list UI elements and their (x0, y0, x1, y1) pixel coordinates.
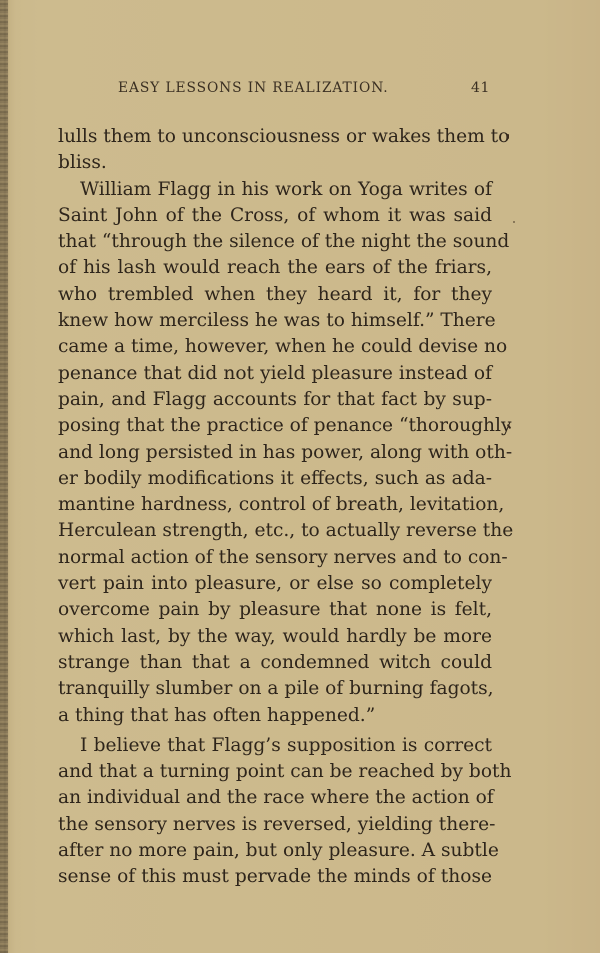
paragraph: William Flagg in his work on Yoga writes… (58, 177, 492, 729)
text-line: overcome pain by pleasure that none is f… (58, 597, 492, 623)
running-title: EASY LESSONS IN REALIZATION. (118, 80, 389, 96)
paragraph: I believe that Flagg’s supposition is co… (58, 733, 492, 891)
text-line: came a time, however, when he could devi… (58, 334, 492, 360)
text-line: tranquilly slumber on a pile of burning … (58, 676, 492, 702)
text-line: normal action of the sensory nerves and … (58, 545, 492, 571)
body-text: lulls them to unconsciousness or wakes t… (58, 124, 492, 891)
text-line: Herculean strength, etc., to actually re… (58, 518, 492, 544)
book-page: EASY LESSONS IN REALIZATION. 41 lulls th… (0, 0, 600, 953)
text-line: Saint John of the Cross, of whom it was … (58, 203, 492, 229)
text-line: which last, by the way, would hardly be … (58, 624, 492, 650)
text-line: sense of this must pervade the minds of … (58, 864, 492, 890)
text-line: mantine hardness, control of breath, lev… (58, 492, 492, 518)
text-line: that “through the silence of the night t… (58, 229, 492, 255)
paragraph: lulls them to unconsciousness or wakes t… (58, 124, 492, 177)
text-line: posing that the practice of penance “tho… (58, 413, 492, 439)
text-line: a thing that has often happened.” (58, 703, 492, 729)
text-line: er bodily modifications it effects, such… (58, 466, 492, 492)
text-line: and that a turning point can be reached … (58, 759, 492, 785)
text-line: an individual and the race where the act… (58, 785, 492, 811)
book-binding-edge (0, 0, 8, 953)
ink-speck (507, 134, 509, 139)
text-line: vert pain into pleasure, or else so comp… (58, 571, 492, 597)
text-line: bliss. (58, 150, 492, 176)
text-line: strange than that a condemned witch coul… (58, 650, 492, 676)
text-line: after no more pain, but only pleasure. A… (58, 838, 492, 864)
page-number: 41 (471, 80, 490, 96)
text-line: lulls them to unconsciousness or wakes t… (58, 124, 492, 150)
page-header: EASY LESSONS IN REALIZATION. 41 (118, 80, 490, 102)
ink-speck (513, 221, 515, 223)
text-line: William Flagg in his work on Yoga writes… (58, 177, 492, 203)
text-line: knew how merciless he was to himself.” T… (58, 308, 492, 334)
text-line: penance that did not yield pleasure inst… (58, 361, 492, 387)
text-line: the sensory nerves is reversed, yielding… (58, 812, 492, 838)
text-line: I believe that Flagg’s supposition is co… (58, 733, 492, 759)
text-line: who trembled when they heard it, for the… (58, 282, 492, 308)
text-line: pain, and Flagg accounts for that fact b… (58, 387, 492, 413)
text-line: and long persisted in has power, along w… (58, 440, 492, 466)
text-line: of his lash would reach the ears of the … (58, 255, 492, 281)
